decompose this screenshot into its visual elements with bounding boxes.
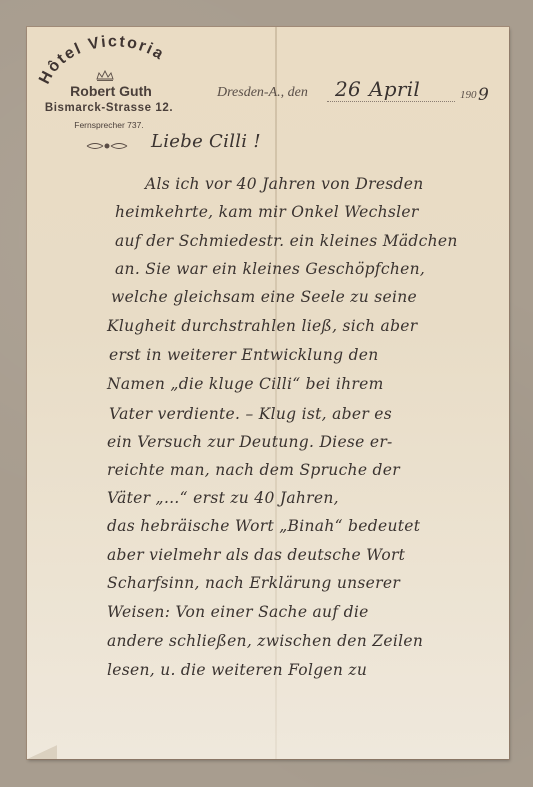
letter-line: Vater verdiente. – Klug ist, aber es [109, 405, 392, 423]
letter-line: aber vielmehr als das deutsche Wort [107, 546, 405, 564]
phone-number: Fernsprecher 737. [27, 120, 199, 130]
dateline: Dresden-A., den 26 April 190 9 [217, 79, 492, 107]
letter-line: auf der Schmiedestr. ein kleines Mädchen [115, 232, 458, 250]
letter-line: andere schließen, zwischen den Zeilen [107, 632, 423, 650]
salutation: Liebe Cilli ! [151, 131, 261, 152]
letter-line: an. Sie war ein kleines Geschöpfchen, [115, 260, 425, 278]
letter-line: Weisen: Von einer Sache auf die [107, 603, 369, 621]
crown-icon [97, 71, 113, 81]
flourish-icon [85, 139, 129, 153]
letter-line: heimkehrte, kam mir Onkel Wechsler [115, 203, 419, 221]
letter-line: erst in weiterer Entwicklung den [109, 346, 379, 364]
street-address: Bismarck-Strasse 12. [27, 102, 199, 114]
date-month: April [369, 77, 420, 101]
dateline-dotted-rule [327, 101, 455, 102]
date-day: 26 [335, 77, 361, 101]
paper-corner-crease [27, 745, 57, 759]
letter-line: Scharfsinn, nach Erklärung unserer [107, 574, 400, 592]
date-year-printed: 190 [460, 89, 477, 101]
letter-line: ein Versuch zur Deutung. Diese er- [107, 433, 393, 451]
proprietor-name: Robert Guth [27, 83, 201, 99]
letter-line: das hebräische Wort „Binah“ bedeutet [107, 517, 420, 535]
letter-sheet: Hôtel Victoria Robert Guth Bismarck-Stra… [27, 27, 509, 759]
dateline-city: Dresden-A., den [217, 85, 308, 101]
letter-line: Namen „die kluge Cilli“ bei ihrem [107, 375, 384, 393]
letter-line: reichte man, nach dem Spruche der [107, 461, 400, 479]
letter-line: Väter „…“ erst zu 40 Jahren, [107, 489, 339, 507]
date-year-handwritten: 9 [478, 85, 489, 105]
letter-line: welche gleichsam eine Seele zu seine [111, 288, 417, 306]
letter-line: Als ich vor 40 Jahren von Dresden [145, 175, 424, 193]
letter-line: Klugheit durchstrahlen ließ, sich aber [107, 317, 418, 335]
letter-line: lesen, u. die weiteren Folgen zu [107, 661, 367, 679]
